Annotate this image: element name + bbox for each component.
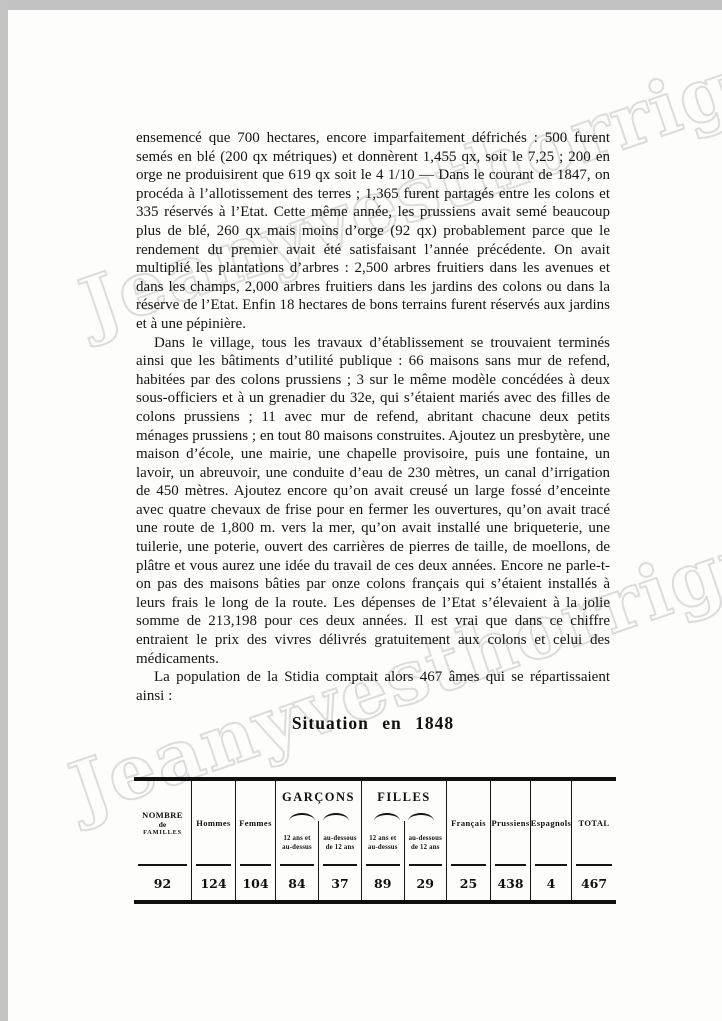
prussiens-header: Prussiens bbox=[491, 781, 530, 864]
subheader-line1: au-dessous bbox=[323, 834, 356, 843]
prussiens-value: 438 bbox=[491, 866, 530, 900]
filles-brace-arcs bbox=[362, 813, 446, 821]
familles-header: NOMBRE de FAMILLES bbox=[134, 781, 191, 864]
garcons-brace-arcs bbox=[276, 813, 361, 821]
table-col-hommes: Hommes 124 bbox=[191, 781, 235, 900]
brace-arc bbox=[408, 813, 434, 821]
garcons-12plus-header: 12 ans et au-dessus bbox=[276, 821, 318, 864]
subheader-line2: au-dessus bbox=[282, 843, 312, 852]
subheader-line1: 12 ans et bbox=[283, 834, 310, 843]
total-value: 467 bbox=[572, 866, 616, 900]
garcons-subcol-12plus: 12 ans et au-dessus 84 bbox=[276, 821, 318, 900]
table-col-espagnols: Espagnols 4 bbox=[530, 781, 571, 900]
hommes-value: 124 bbox=[192, 866, 235, 900]
femmes-header: Femmes bbox=[236, 781, 275, 864]
paragraph-population: La population de la Stidia comptait alor… bbox=[136, 668, 610, 705]
garcons-group-header: GARÇONS bbox=[276, 781, 361, 813]
subheader-line2: au-dessus bbox=[368, 843, 398, 852]
filles-group-header: FILLES bbox=[362, 781, 446, 813]
subheader-line1: au-dessous bbox=[409, 834, 442, 843]
garcons-under12-header: au-dessous de 12 ans bbox=[319, 821, 361, 864]
filles-subcol-12plus: 12 ans et au-dessus 89 bbox=[362, 821, 404, 900]
filles-under12-value: 29 bbox=[405, 866, 447, 900]
subheader-line2: de 12 ans bbox=[326, 843, 355, 852]
subheader-line2: de 12 ans bbox=[411, 843, 440, 852]
population-table: NOMBRE de FAMILLES 92 Hommes 124 Femmes … bbox=[134, 777, 616, 904]
francais-value: 25 bbox=[447, 866, 490, 900]
familles-header-line2: de bbox=[159, 820, 167, 829]
familles-value: 92 bbox=[134, 866, 191, 900]
garcons-under12-value: 37 bbox=[319, 866, 361, 900]
section-heading-situation-1848: Situation en 1848 bbox=[136, 714, 610, 733]
book-page: Jeanyvesthorrignac.fr Jeanyvesthorrignac… bbox=[8, 10, 722, 1021]
filles-subcol-under12: au-dessous de 12 ans 29 bbox=[404, 821, 447, 900]
table-col-femmes: Femmes 104 bbox=[235, 781, 275, 900]
table-col-prussiens: Prussiens 438 bbox=[490, 781, 530, 900]
subheader-line1: 12 ans et bbox=[369, 834, 396, 843]
hommes-header: Hommes bbox=[192, 781, 235, 864]
brace-arc bbox=[374, 813, 400, 821]
table-col-francais: Français 25 bbox=[446, 781, 490, 900]
table-colgroup-garcons: GARÇONS 12 ans et au-dessus 84 au-dessou… bbox=[275, 781, 361, 900]
francais-header: Français bbox=[447, 781, 490, 864]
scan-edge-left bbox=[0, 0, 8, 1021]
body-text: ensemencé que 700 hectares, encore impar… bbox=[136, 129, 610, 733]
familles-header-line3: FAMILLES bbox=[143, 829, 182, 836]
table-colgroup-filles: FILLES 12 ans et au-dessus 89 au-dessous bbox=[361, 781, 446, 900]
paragraph-crops-1847: ensemencé que 700 hectares, encore impar… bbox=[136, 129, 610, 334]
total-header: TOTAL bbox=[572, 781, 616, 864]
garcons-12plus-value: 84 bbox=[276, 866, 318, 900]
table-col-familles: NOMBRE de FAMILLES 92 bbox=[134, 781, 191, 900]
brace-arc bbox=[323, 813, 349, 821]
filles-12plus-header: 12 ans et au-dessus bbox=[362, 821, 404, 864]
familles-header-line1: NOMBRE bbox=[142, 810, 183, 820]
femmes-value: 104 bbox=[236, 866, 275, 900]
scan-edge-top bbox=[0, 0, 722, 10]
garcons-subcol-under12: au-dessous de 12 ans 37 bbox=[318, 821, 361, 900]
filles-12plus-value: 89 bbox=[362, 866, 404, 900]
paragraph-village-works: Dans le village, tous les travaux d’étab… bbox=[136, 334, 610, 669]
espagnols-value: 4 bbox=[531, 866, 571, 900]
table-col-total: TOTAL 467 bbox=[571, 781, 616, 900]
filles-under12-header: au-dessous de 12 ans bbox=[405, 821, 447, 864]
brace-arc bbox=[289, 813, 315, 821]
espagnols-header: Espagnols bbox=[531, 781, 571, 864]
